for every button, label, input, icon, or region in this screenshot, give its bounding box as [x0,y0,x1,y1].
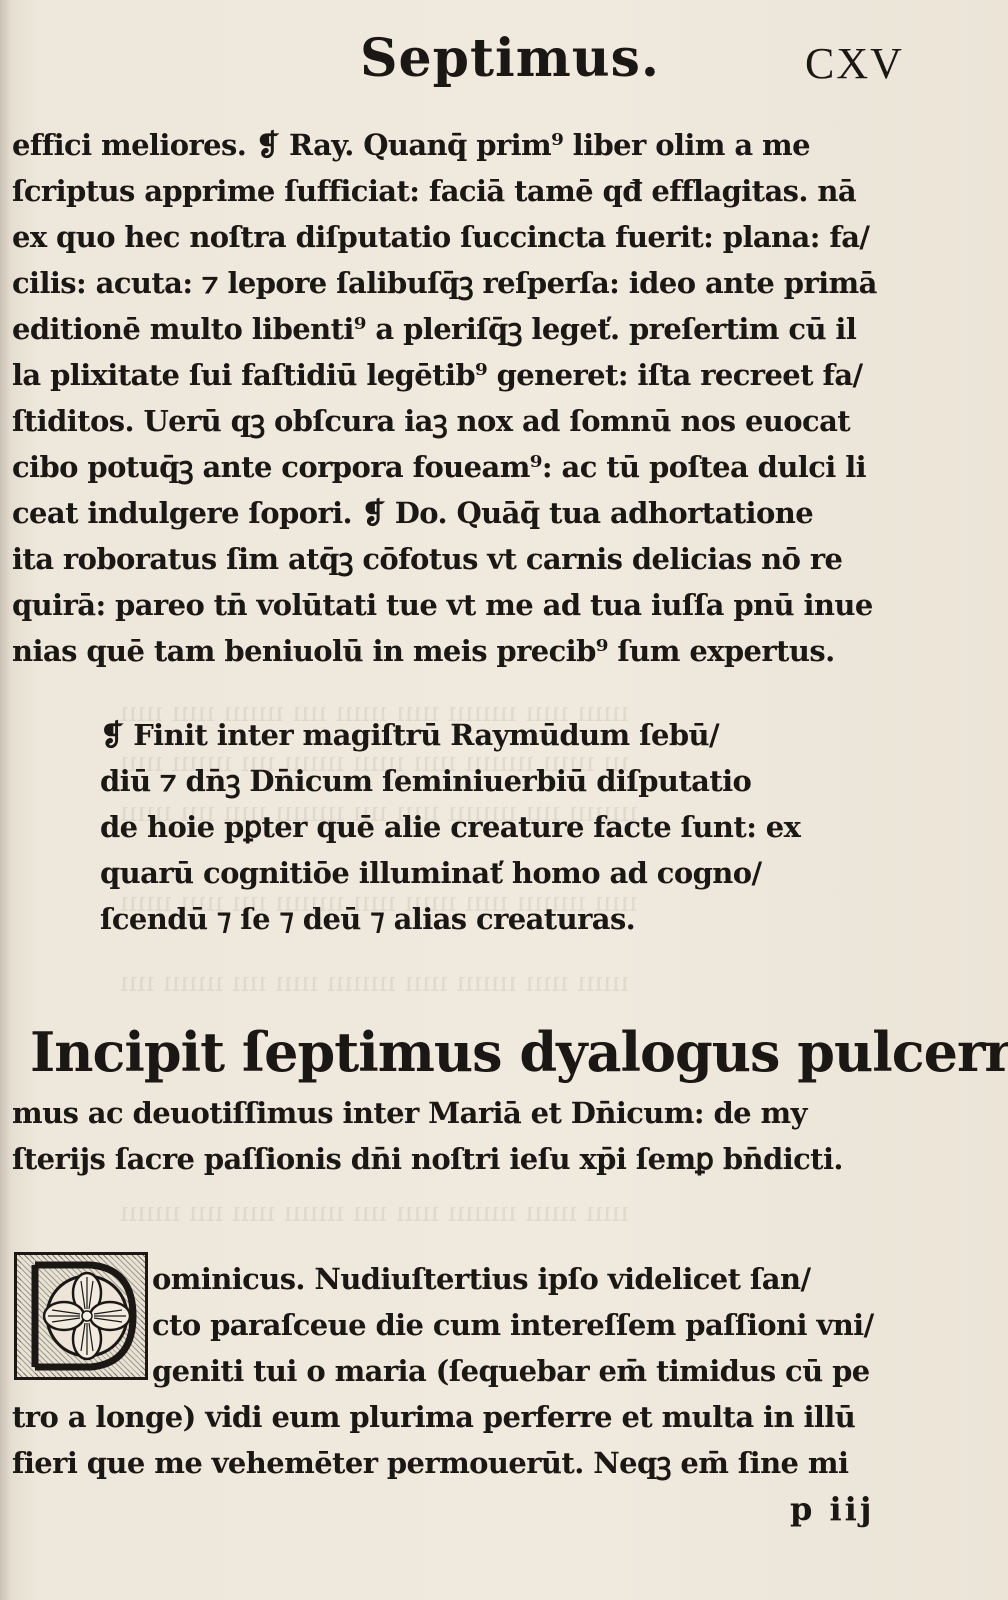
text-line: la plixitate ſui faſtidiū legētib⁹ gener… [12,352,877,398]
colophon-line: ❡ Finit inter magiſtrū Raymūdum ſebū/ [100,712,800,758]
text-line: ſcriptus apprime ſufficiat: faciā tamē q… [12,168,877,214]
folio-number: CXV [805,38,904,89]
text-line: geniti tui o maria (ſequebar em̄ timidus… [152,1348,874,1394]
decorated-initial-d [14,1252,148,1380]
show-through-text: ııııı ıııııı ıııııııı ııııı ıııı ııııııı… [120,1190,629,1236]
colophon: ❡ Finit inter magiſtrū Raymūdum ſebū/ di… [100,712,800,942]
text-line: ceat indulgere ſopori. ❡ Do. Quāq̄ tua a… [12,490,877,536]
body-text-top: effici meliores. ❡ Ray. Quanq̄ prim⁹ lib… [12,122,877,674]
text-line: cilis: acuta: ⁊ lepore ſalibuſq̄ꝫ reſper… [12,260,877,306]
text-line: quirā: pareo tn̄ volūtati tue vt me ad t… [12,582,877,628]
incipit-line: mus ac deuotiſſimus inter Mariā et Dn̄ic… [12,1090,843,1136]
running-head: Septimus. [360,28,660,89]
text-line: cibo potuq̄ꝫ ante corpora foueam⁹: ac tū… [12,444,877,490]
colophon-line: de hoie pꝑter quē alie creature facte ſu… [100,804,800,850]
text-line: fieri que me vehemēter permouerūt. Neqꝫ … [12,1440,874,1486]
text-line: ſtiditos. Uerū qꝫ obſcura iaꝫ nox ad ſom… [12,398,877,444]
flower-ornament-icon [21,1259,141,1373]
colophon-line: quarū cognitiōe illuminať homo ad cogno/ [100,850,800,896]
text-line: effici meliores. ❡ Ray. Quanq̄ prim⁹ lib… [12,122,877,168]
book-page: ıııııı ııııı ıııııııı ııııı ıııııı ıııı … [0,0,1008,1600]
text-line: ominicus. Nudiuſtertius ipſo videlicet ſ… [152,1256,874,1302]
colophon-line: ſcendū ⁊ ſe ⁊ deū ⁊ alias creaturas. [100,896,800,942]
text-line: editionē multo libenti⁹ a pleriſq̄ꝫ lege… [12,306,877,352]
signature-mark: p iij [790,1490,874,1528]
colophon-line: diū ⁊ dn̄ꝫ Dn̄icum ſeminiuerbiū diſputat… [100,758,800,804]
incipit-line: ſterijs ſacre paſſionis dn̄i noſtri ieſu… [12,1136,843,1182]
incipit-heading: Incipit ſeptimus dyalogus pulcerri [30,1020,1008,1084]
text-line: ita roboratus ſim atq̄ꝫ cōfotus vt carni… [12,536,877,582]
page-gutter-edge [0,0,10,1600]
text-line: tro a longe) vidi eum plurima perferre e… [12,1394,874,1440]
text-line: ex quo hec noſtra diſputatio ſuccincta f… [12,214,877,260]
show-through-text: ıııııı ııııı ııııııı ııııı ıııııııı ıııı… [120,960,629,1006]
text-line: nias quē tam beniuolū in meis precib⁹ ſu… [12,628,877,674]
text-line: cto paraſceue die cum intereſſem paſſion… [152,1302,874,1348]
body-text-bottom: ominicus. Nudiuſtertius ipſo videlicet ſ… [152,1256,874,1486]
incipit-subtitle: mus ac deuotiſſimus inter Mariā et Dn̄ic… [12,1090,843,1182]
